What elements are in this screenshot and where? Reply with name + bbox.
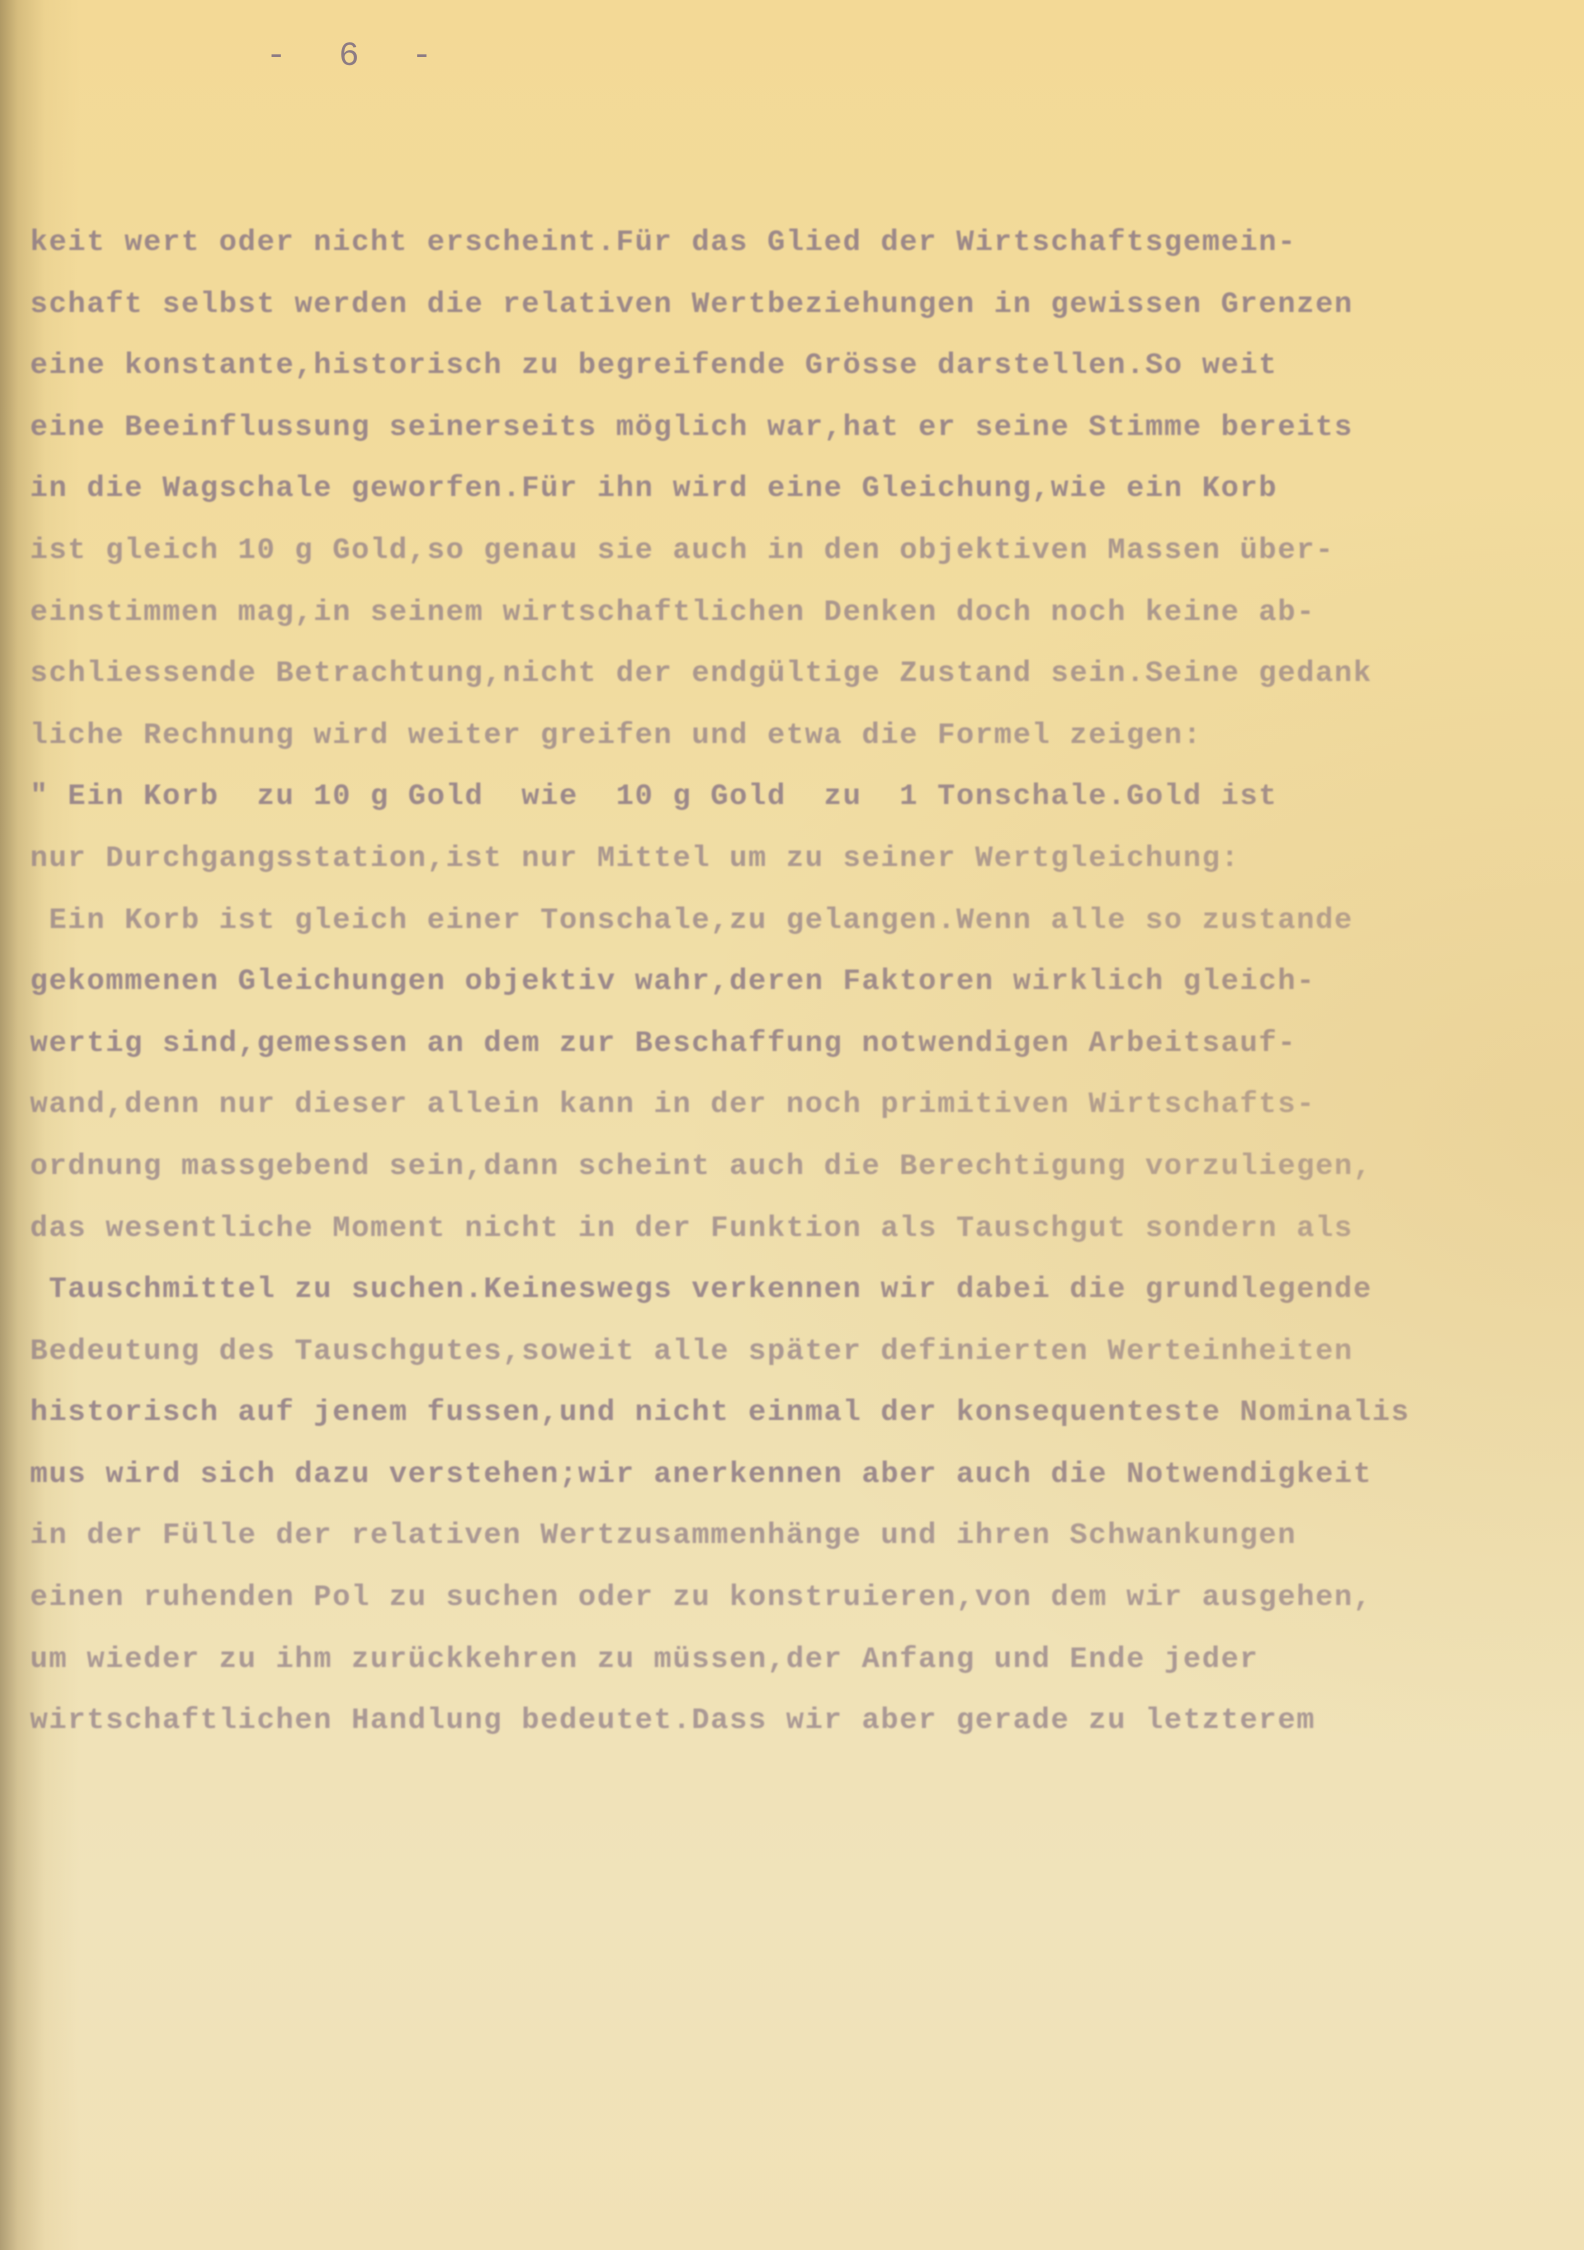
text-line: wand,denn nur dieser allein kann in der … <box>30 1084 1560 1146</box>
text-line: in die Wagschale geworfen.Für ihn wird e… <box>30 468 1560 530</box>
text-line: " Ein Korb zu 10 g Gold wie 10 g Gold zu… <box>30 776 1560 838</box>
text-line: ist gleich 10 g Gold,so genau sie auch i… <box>30 530 1560 592</box>
text-line: in der Fülle der relativen Wertzusammenh… <box>30 1515 1560 1577</box>
text-line: schaft selbst werden die relativen Wertb… <box>30 284 1560 346</box>
text-line: Bedeutung des Tauschgutes,soweit alle sp… <box>30 1331 1560 1393</box>
text-line: gekommenen Gleichungen objektiv wahr,der… <box>30 961 1560 1023</box>
text-line: eine konstante,historisch zu begreifende… <box>30 345 1560 407</box>
text-line: wirtschaftlichen Handlung bedeutet.Dass … <box>30 1700 1560 1762</box>
text-line: um wieder zu ihm zurückkehren zu müssen,… <box>30 1639 1560 1701</box>
text-line: Tauschmittel zu suchen.Keineswegs verken… <box>30 1269 1560 1331</box>
text-line: historisch auf jenem fussen,und nicht ei… <box>30 1392 1560 1454</box>
text-line: Ein Korb ist gleich einer Tonschale,zu g… <box>30 900 1560 962</box>
text-line: wertig sind,gemessen an dem zur Beschaff… <box>30 1023 1560 1085</box>
text-line: das wesentliche Moment nicht in der Funk… <box>30 1208 1560 1270</box>
text-line: einen ruhenden Pol zu suchen oder zu kon… <box>30 1577 1560 1639</box>
text-line: einstimmen mag,in seinem wirtschaftliche… <box>30 592 1560 654</box>
text-line: keit wert oder nicht erscheint.Für das G… <box>30 222 1560 284</box>
text-line: eine Beeinflussung seinerseits möglich w… <box>30 407 1560 469</box>
scanned-page: - 6 - keit wert oder nicht erscheint.Für… <box>0 0 1584 2250</box>
text-line: liche Rechnung wird weiter greifen und e… <box>30 715 1560 777</box>
typewritten-body: keit wert oder nicht erscheint.Für das G… <box>30 222 1560 1762</box>
text-line: schliessende Betrachtung,nicht der endgü… <box>30 653 1560 715</box>
text-line: ordnung massgebend sein,dann scheint auc… <box>30 1146 1560 1208</box>
text-line: nur Durchgangsstation,ist nur Mittel um … <box>30 838 1560 900</box>
text-line: mus wird sich dazu verstehen;wir anerken… <box>30 1454 1560 1516</box>
page-number: - 6 - <box>0 38 700 76</box>
